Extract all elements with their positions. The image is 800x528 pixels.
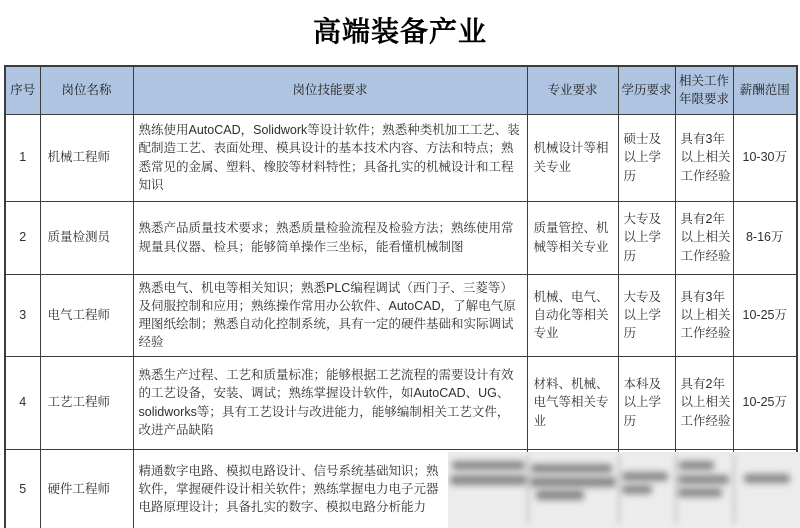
blurred-text-blob bbox=[530, 477, 616, 487]
table-row: 3 电气工程师 熟悉电气、机电等相关知识；熟悉PLC编程调试（西门子、三菱等）及… bbox=[5, 274, 797, 356]
table-row: 2 质量检测员 熟悉产品质量技术要求；熟悉质量检验流程及检验方法；熟练使用常规量… bbox=[5, 201, 797, 274]
position-cell: 机械工程师 bbox=[40, 114, 133, 201]
experience-cell: 具有3年以上相关工作经验 bbox=[675, 114, 733, 201]
serial-cell: 2 bbox=[5, 201, 40, 274]
major-cell: 质量管控、机械等相关专业 bbox=[527, 201, 618, 274]
skills-cell: 熟悉电气、机电等相关知识；熟悉PLC编程调试（西门子、三菱等）及伺服控制和应用；… bbox=[133, 274, 527, 356]
salary-cell: 8-16万 bbox=[733, 201, 797, 274]
blurred-text-blob bbox=[536, 490, 584, 500]
skills-cell: 熟练使用AutoCAD，Solidwork等设计软件；熟悉种类机加工工艺、装配制… bbox=[133, 114, 527, 201]
salary-cell: 10-25万 bbox=[733, 274, 797, 356]
blurred-column-border bbox=[527, 454, 529, 524]
header-major: 专业要求 bbox=[527, 66, 618, 114]
education-cell: 硕士及以上学历 bbox=[618, 114, 675, 201]
blurred-text-blob bbox=[531, 464, 612, 473]
blurred-column-border bbox=[733, 454, 735, 524]
redacted-blur-region bbox=[448, 452, 800, 528]
skills-cell: 熟悉生产过程、工艺和质量标准；能够根据工艺流程的需要设计有效的工艺设备，安装、调… bbox=[133, 356, 527, 449]
blurred-column-border bbox=[618, 454, 620, 524]
serial-cell: 3 bbox=[5, 274, 40, 356]
table-row: 1 机械工程师 熟练使用AutoCAD，Solidwork等设计软件；熟悉种类机… bbox=[5, 114, 797, 201]
experience-cell: 具有2年以上相关工作经验 bbox=[675, 201, 733, 274]
table-row: 4 工艺工程师 熟悉生产过程、工艺和质量标准；能够根据工艺流程的需要设计有效的工… bbox=[5, 356, 797, 449]
header-row: 序号 岗位名称 岗位技能要求 专业要求 学历要求 相关工作年限要求 薪酬范围 bbox=[5, 66, 797, 114]
serial-cell: 1 bbox=[5, 114, 40, 201]
blurred-text-blob bbox=[622, 485, 652, 494]
blurred-text-blob bbox=[678, 488, 722, 497]
serial-cell: 5 bbox=[5, 449, 40, 528]
salary-cell: 10-30万 bbox=[733, 114, 797, 201]
major-cell: 机械、电气、自动化等相关专业 bbox=[527, 274, 618, 356]
education-cell: 大专及以上学历 bbox=[618, 274, 675, 356]
blurred-text-blob bbox=[622, 472, 668, 481]
page-title: 高端装备产业 bbox=[0, 10, 800, 50]
experience-cell: 具有3年以上相关工作经验 bbox=[675, 274, 733, 356]
position-cell: 硬件工程师 bbox=[40, 449, 133, 528]
experience-cell: 具有2年以上相关工作经验 bbox=[675, 356, 733, 449]
skills-cell: 熟悉产品质量技术要求；熟悉质量检验流程及检验方法；熟练使用常规量具仪器、检具；能… bbox=[133, 201, 527, 274]
header-serial: 序号 bbox=[5, 66, 40, 114]
major-cell: 机械设计等相关专业 bbox=[527, 114, 618, 201]
header-salary: 薪酬范围 bbox=[733, 66, 797, 114]
education-cell: 本科及以上学历 bbox=[618, 356, 675, 449]
header-position: 岗位名称 bbox=[40, 66, 133, 114]
blurred-text-blob bbox=[452, 461, 525, 470]
position-cell: 质量检测员 bbox=[40, 201, 133, 274]
position-cell: 电气工程师 bbox=[40, 274, 133, 356]
blurred-text-blob bbox=[678, 475, 729, 484]
header-education: 学历要求 bbox=[618, 66, 675, 114]
blurred-column-border bbox=[675, 454, 677, 524]
blurred-text-blob bbox=[744, 474, 790, 483]
major-cell: 材料、机械、电气等相关专业 bbox=[527, 356, 618, 449]
blurred-text-blob bbox=[450, 475, 527, 485]
blurred-text-blob bbox=[679, 461, 714, 470]
header-skills: 岗位技能要求 bbox=[133, 66, 527, 114]
position-cell: 工艺工程师 bbox=[40, 356, 133, 449]
header-experience: 相关工作年限要求 bbox=[675, 66, 733, 114]
education-cell: 大专及以上学历 bbox=[618, 201, 675, 274]
salary-cell: 10-25万 bbox=[733, 356, 797, 449]
serial-cell: 4 bbox=[5, 356, 40, 449]
